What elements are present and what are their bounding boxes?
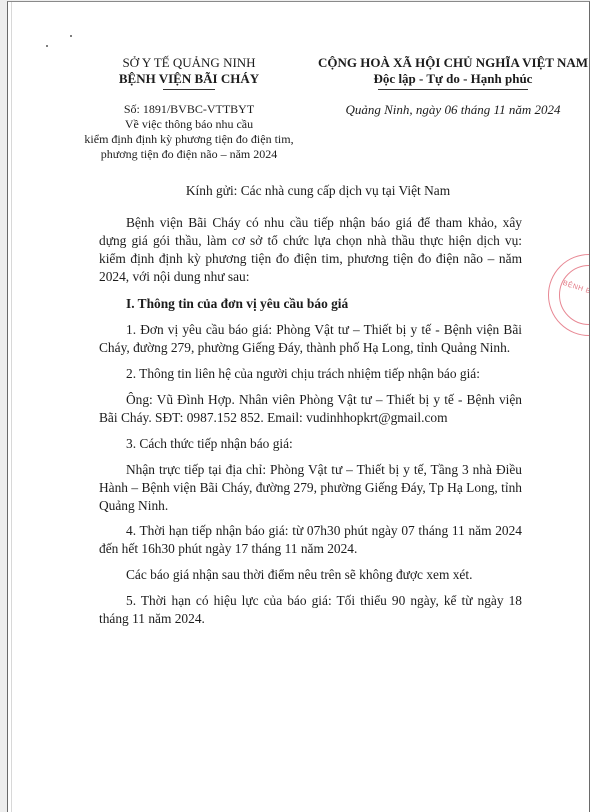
item-3-detail: Nhận trực tiếp tại địa chỉ: Phòng Vật tư… xyxy=(99,461,522,515)
hospital-name: BỆNH VIỆN BÃI CHÁY xyxy=(94,71,284,87)
red-seal-stamp: BỆNH BÃ xyxy=(548,254,590,336)
hospital-underline xyxy=(163,89,215,90)
page-inner-border xyxy=(11,2,12,812)
item-4: 4. Thời hạn tiếp nhận báo giá: từ 07h30 … xyxy=(99,522,522,558)
stamp-inner-ring xyxy=(559,265,590,325)
document-number: Số: 1891/BVBC-VTTBYT xyxy=(94,102,284,117)
subject-line: Về việc thông báo nhu cầu xyxy=(94,117,284,132)
recipient-line: Kính gửi: Các nhà cung cấp dịch vụ tại V… xyxy=(68,182,568,200)
item-5: 5. Thời hạn có hiệu lực của báo giá: Tối… xyxy=(99,592,522,628)
subject-line: phương tiện đo điện não – năm 2024 xyxy=(94,147,284,162)
document-page: SỞ Y TẾ QUẢNG NINH BỆNH VIỆN BÃI CHÁY Số… xyxy=(7,1,590,812)
header-left: SỞ Y TẾ QUẢNG NINH BỆNH VIỆN BÃI CHÁY Số… xyxy=(94,55,284,162)
scan-speck xyxy=(70,35,72,37)
item-3: 3. Cách thức tiếp nhận báo giá: xyxy=(99,435,522,453)
item-1: 1. Đơn vị yêu cầu báo giá: Phòng Vật tư … xyxy=(99,321,522,357)
header-right: CỘNG HOÀ XÃ HỘI CHỦ NGHĨA VIỆT NAM Độc l… xyxy=(308,55,590,118)
section-title: I. Thông tin của đơn vị yêu cầu báo giá xyxy=(99,295,522,313)
item-2: 2. Thông tin liên hệ của người chịu trác… xyxy=(99,365,522,383)
motto-underline xyxy=(378,89,528,90)
national-motto: Độc lập - Tự do - Hạnh phúc xyxy=(308,71,590,87)
place-date: Quảng Ninh, ngày 06 tháng 11 năm 2024 xyxy=(308,102,590,118)
nation-title: CỘNG HOÀ XÃ HỘI CHỦ NGHĨA VIỆT NAM xyxy=(308,55,590,71)
subject-line: kiểm định định kỳ phương tiện đo điện ti… xyxy=(84,132,294,147)
ministry-name: SỞ Y TẾ QUẢNG NINH xyxy=(94,55,284,71)
intro-paragraph: Bệnh viện Bãi Cháy có nhu cầu tiếp nhận … xyxy=(99,214,522,286)
item-2-detail: Ông: Vũ Đình Hợp. Nhân viên Phòng Vật tư… xyxy=(99,391,522,427)
scan-speck xyxy=(46,45,48,47)
item-4-note: Các báo giá nhận sau thời điểm nêu trên … xyxy=(99,566,522,584)
